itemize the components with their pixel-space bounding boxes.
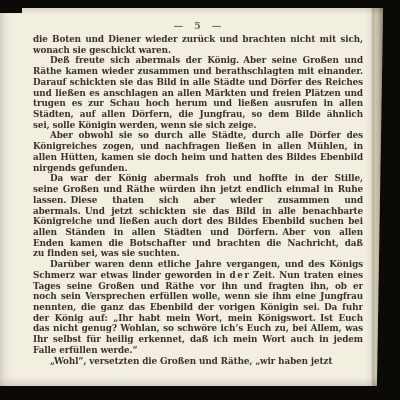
text-line: allen Hütten, kamen sie doch heim und ha… [33, 153, 363, 164]
text-line: Falle erfüllen werde.“ [33, 346, 363, 357]
text-line: zu finden sei, was sie suchten. [33, 249, 363, 260]
text-line: Enden kamen die Botschafter und brachten… [33, 239, 363, 250]
text-line: Königreiches zogen, und nachfragen ließe… [33, 142, 363, 153]
text-line: Ihr selbst für heilig erkennet, daß ich … [33, 335, 363, 346]
text-line: die Boten und Diener wieder zurück und b… [33, 35, 363, 46]
text-line: Räthe kamen wieder zusammen und berathsc… [33, 67, 363, 78]
text-line: nennten, die ganz das Ebenbild der vorig… [33, 303, 363, 314]
text-line: und ließen es anschlagen an allen Märkte… [33, 89, 363, 100]
text-line: Aber obwohl sie so durch alle Städte, du… [33, 131, 363, 142]
text-line: das nicht genug? Wohlan, so schwöre ich’… [33, 324, 363, 335]
text-line: nirgends gefunden. [33, 164, 363, 175]
text-line: allen Ständen in allen Städten und Dörfe… [33, 228, 363, 239]
page-number: — 5 — [33, 21, 363, 32]
text-line: seine Großen und Räthe würden ihn jetzt … [33, 185, 363, 196]
text-line: lassen. Diese thaten sich aber wieder zu… [33, 196, 363, 207]
text-line: Deß freute sich abermals der König. Aber… [33, 56, 363, 67]
text-line: noch sein Versprechen erfüllen wolle, we… [33, 292, 363, 303]
text-line: Schmerz war etwas linder geworden in d e… [33, 271, 363, 282]
book-scan: — 5 — die Boten und Diener wieder zurück… [0, 0, 400, 400]
text-line: Darüber waren denn etliche Jahre vergang… [33, 260, 363, 271]
text-line: „Wohl“, versetzten die Großen und Räthe,… [33, 357, 363, 368]
text-line: Königreiche und ließen auch dort des Bil… [33, 217, 363, 228]
text-line: Da war der König abermals froh und hofft… [33, 174, 363, 185]
book-page: — 5 — die Boten und Diener wieder zurück… [0, 8, 385, 386]
text-line: Darauf schickten sie das Bild in alle St… [33, 78, 363, 89]
text-line: trugen es zur Schau hoch herum und ließe… [33, 99, 363, 110]
text-line: Städten, auf allen Dörfern, die Jungfrau… [33, 110, 363, 121]
text-line: wonach sie geschickt waren. [33, 46, 363, 57]
text-line: sei, solle Königin werden, wenn sie sich… [33, 121, 363, 132]
scan-corner-black [0, 0, 22, 13]
text-line: abermals. Und jetzt schickten sie das Bi… [33, 207, 363, 218]
text-line: Tages seine Großen und Räthe vor ihn und… [33, 282, 363, 293]
page-text-block: die Boten und Diener wieder zurück und b… [33, 35, 363, 367]
text-line: der König auf: „Ihr habt mein Wort, mein… [33, 314, 363, 325]
